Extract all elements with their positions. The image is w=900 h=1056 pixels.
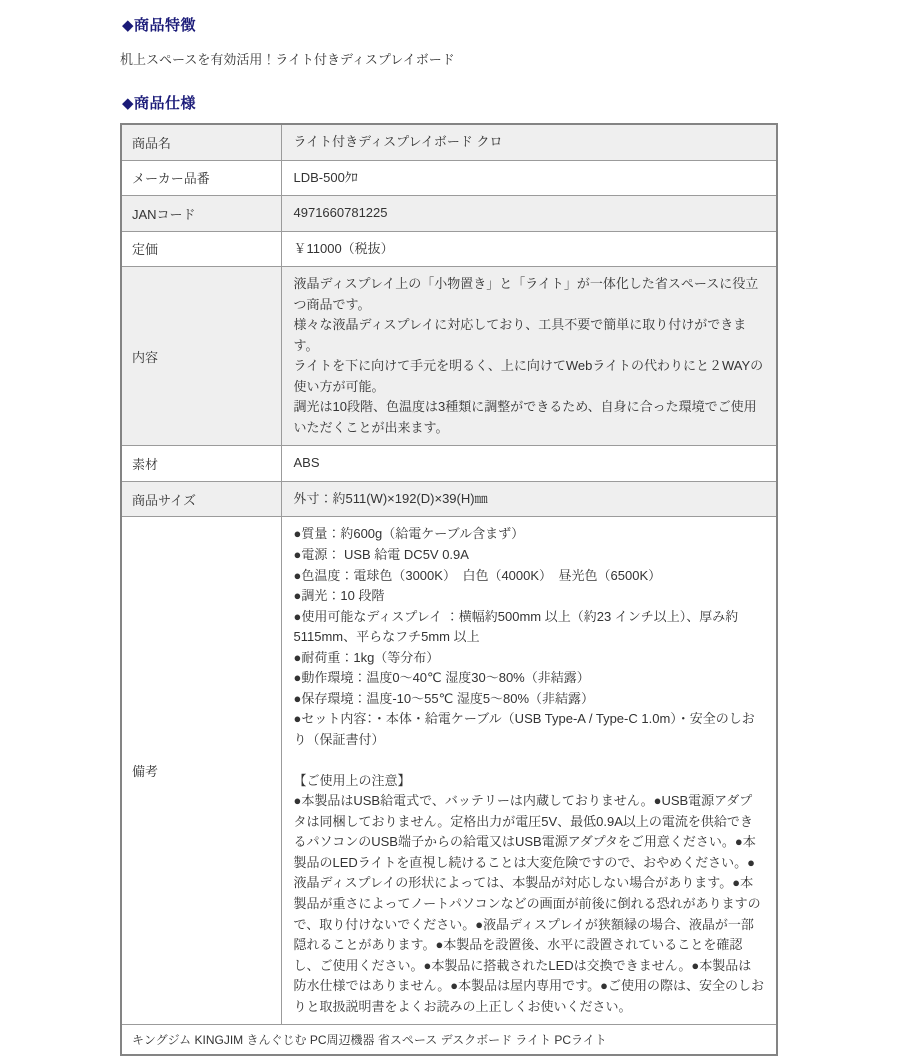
- row-label: 備考: [121, 517, 281, 1025]
- row-label: 内容: [121, 267, 281, 446]
- row-value: 液晶ディスプレイ上の「小物置き」と「ライト」が一体化した省スペースに役立つ商品で…: [281, 267, 777, 446]
- table-row-product-name: 商品名 ライト付きディスプレイボード クロ: [121, 124, 777, 160]
- table-row-remarks: 備考 ●質量：約600g（給電ケーブル含まず） ●電源： USB 給電 DC5V…: [121, 517, 777, 1025]
- specs-heading: ◆商品仕様: [122, 92, 900, 113]
- table-row-description: 内容 液晶ディスプレイ上の「小物置き」と「ライト」が一体化した省スペースに役立つ…: [121, 267, 777, 446]
- row-label: 商品サイズ: [121, 481, 281, 517]
- table-row-material: 素材 ABS: [121, 446, 777, 482]
- table-row-product-size: 商品サイズ 外寸：約511(W)×192(D)×39(H)㎜: [121, 481, 777, 517]
- features-heading: ◆商品特徴: [122, 14, 900, 35]
- spec-table: 商品名 ライト付きディスプレイボード クロ メーカー品番 LDB-500ｸﾛ J…: [120, 123, 778, 1056]
- row-value: ￥11000（税抜）: [281, 231, 777, 267]
- row-label: JANコード: [121, 196, 281, 232]
- table-row-keywords: キングジム KINGJIM きんぐじむ PC周辺機器 省スペース デスクボード …: [121, 1025, 777, 1056]
- row-label: 素材: [121, 446, 281, 482]
- keywords-footer: キングジム KINGJIM きんぐじむ PC周辺機器 省スペース デスクボード …: [121, 1025, 777, 1056]
- row-value: LDB-500ｸﾛ: [281, 160, 777, 196]
- row-value: 外寸：約511(W)×192(D)×39(H)㎜: [281, 481, 777, 517]
- row-value: ABS: [281, 446, 777, 482]
- product-spec-page: ◆商品特徴 机上スペースを有効活用！ライト付きディスプレイボード ◆商品仕様 商…: [0, 0, 900, 900]
- row-label: メーカー品番: [121, 160, 281, 196]
- row-value: ライト付きディスプレイボード クロ: [281, 124, 777, 160]
- row-label: 商品名: [121, 124, 281, 160]
- table-row-maker-number: メーカー品番 LDB-500ｸﾛ: [121, 160, 777, 196]
- table-row-jan-code: JANコード 4971660781225: [121, 196, 777, 232]
- table-row-list-price: 定価 ￥11000（税抜）: [121, 231, 777, 267]
- features-text: 机上スペースを有効活用！ライト付きディスプレイボード: [120, 49, 900, 68]
- row-label: 定価: [121, 231, 281, 267]
- row-value: 4971660781225: [281, 196, 777, 232]
- row-value: ●質量：約600g（給電ケーブル含まず） ●電源： USB 給電 DC5V 0.…: [281, 517, 777, 1025]
